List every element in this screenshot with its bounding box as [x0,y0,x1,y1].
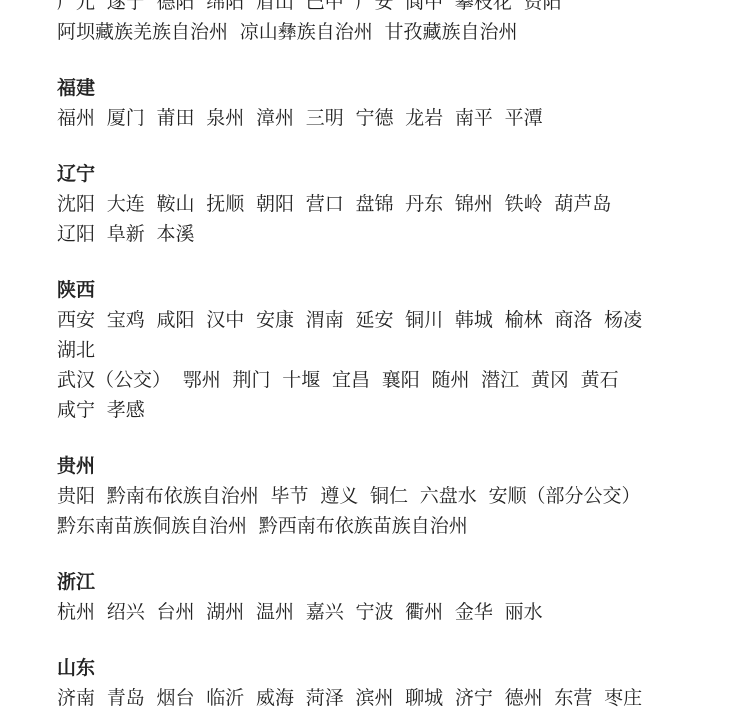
province-header-zhejiang: 浙江 [57,567,710,597]
section-shaanxi: 陕西 西安 宝鸡 咸阳 汉中 安康 渭南 延安 铜川 韩城 榆林 商洛 杨凌 [57,275,710,335]
province-header-guizhou: 贵州 [57,451,710,481]
city-line: 贵阳 黔南布依族自治州 毕节 遵义 铜仁 六盘水 安顺（部分公交） [57,481,710,511]
province-header-shandong: 山东 [57,653,710,683]
city-line: 黔东南苗族侗族自治州 黔西南布依族苗族自治州 [57,511,710,541]
province-header-liaoning: 辽宁 [57,159,710,189]
section-liaoning: 辽宁 沈阳 大连 鞍山 抚顺 朝阳 营口 盘锦 丹东 锦州 铁岭 葫芦岛 辽阳 … [57,159,710,249]
section-zhejiang: 浙江 杭州 绍兴 台州 湖州 温州 嘉兴 宁波 衢州 金华 丽水 [57,567,710,627]
province-header-fujian: 福建 [57,73,710,103]
province-header-shaanxi: 陕西 [57,275,710,305]
city-line: 福州 厦门 莆田 泉州 漳州 三明 宁德 龙岩 南平 平潭 [57,103,710,133]
city-line: 沈阳 大连 鞍山 抚顺 朝阳 营口 盘锦 丹东 锦州 铁岭 葫芦岛 [57,189,710,219]
city-line: 广元 遂宁 德阳 绵阳 眉山 巴中 广安 阆中 攀枝花 资阳 [57,0,710,17]
section-sichuan: 广元 遂宁 德阳 绵阳 眉山 巴中 广安 阆中 攀枝花 资阳 阿坝藏族羌族自治州… [57,0,710,47]
section-guizhou: 贵州 贵阳 黔南布依族自治州 毕节 遵义 铜仁 六盘水 安顺（部分公交） 黔东南… [57,451,710,541]
city-line: 咸宁 孝感 [57,395,710,425]
section-fujian: 福建 福州 厦门 莆田 泉州 漳州 三明 宁德 龙岩 南平 平潭 [57,73,710,133]
city-line: 济南 青岛 烟台 临沂 威海 菏泽 滨州 聊城 济宁 德州 东营 枣庄 [57,683,710,713]
section-shandong: 山东 济南 青岛 烟台 临沂 威海 菏泽 滨州 聊城 济宁 德州 东营 枣庄 [57,653,710,713]
city-support-list: 广元 遂宁 德阳 绵阳 眉山 巴中 广安 阆中 攀枝花 资阳 阿坝藏族羌族自治州… [0,0,750,713]
city-line: 阿坝藏族羌族自治州 凉山彝族自治州 甘孜藏族自治州 [57,17,710,47]
city-line: 武汉（公交） 鄂州 荆门 十堰 宜昌 襄阳 随州 潜江 黄冈 黄石 [57,365,710,395]
province-header-hubei: 湖北 [57,335,710,365]
city-line: 辽阳 阜新 本溪 [57,219,710,249]
section-hubei: 湖北 武汉（公交） 鄂州 荆门 十堰 宜昌 襄阳 随州 潜江 黄冈 黄石 咸宁 … [57,335,710,425]
city-line: 杭州 绍兴 台州 湖州 温州 嘉兴 宁波 衢州 金华 丽水 [57,597,710,627]
city-line: 西安 宝鸡 咸阳 汉中 安康 渭南 延安 铜川 韩城 榆林 商洛 杨凌 [57,305,710,335]
